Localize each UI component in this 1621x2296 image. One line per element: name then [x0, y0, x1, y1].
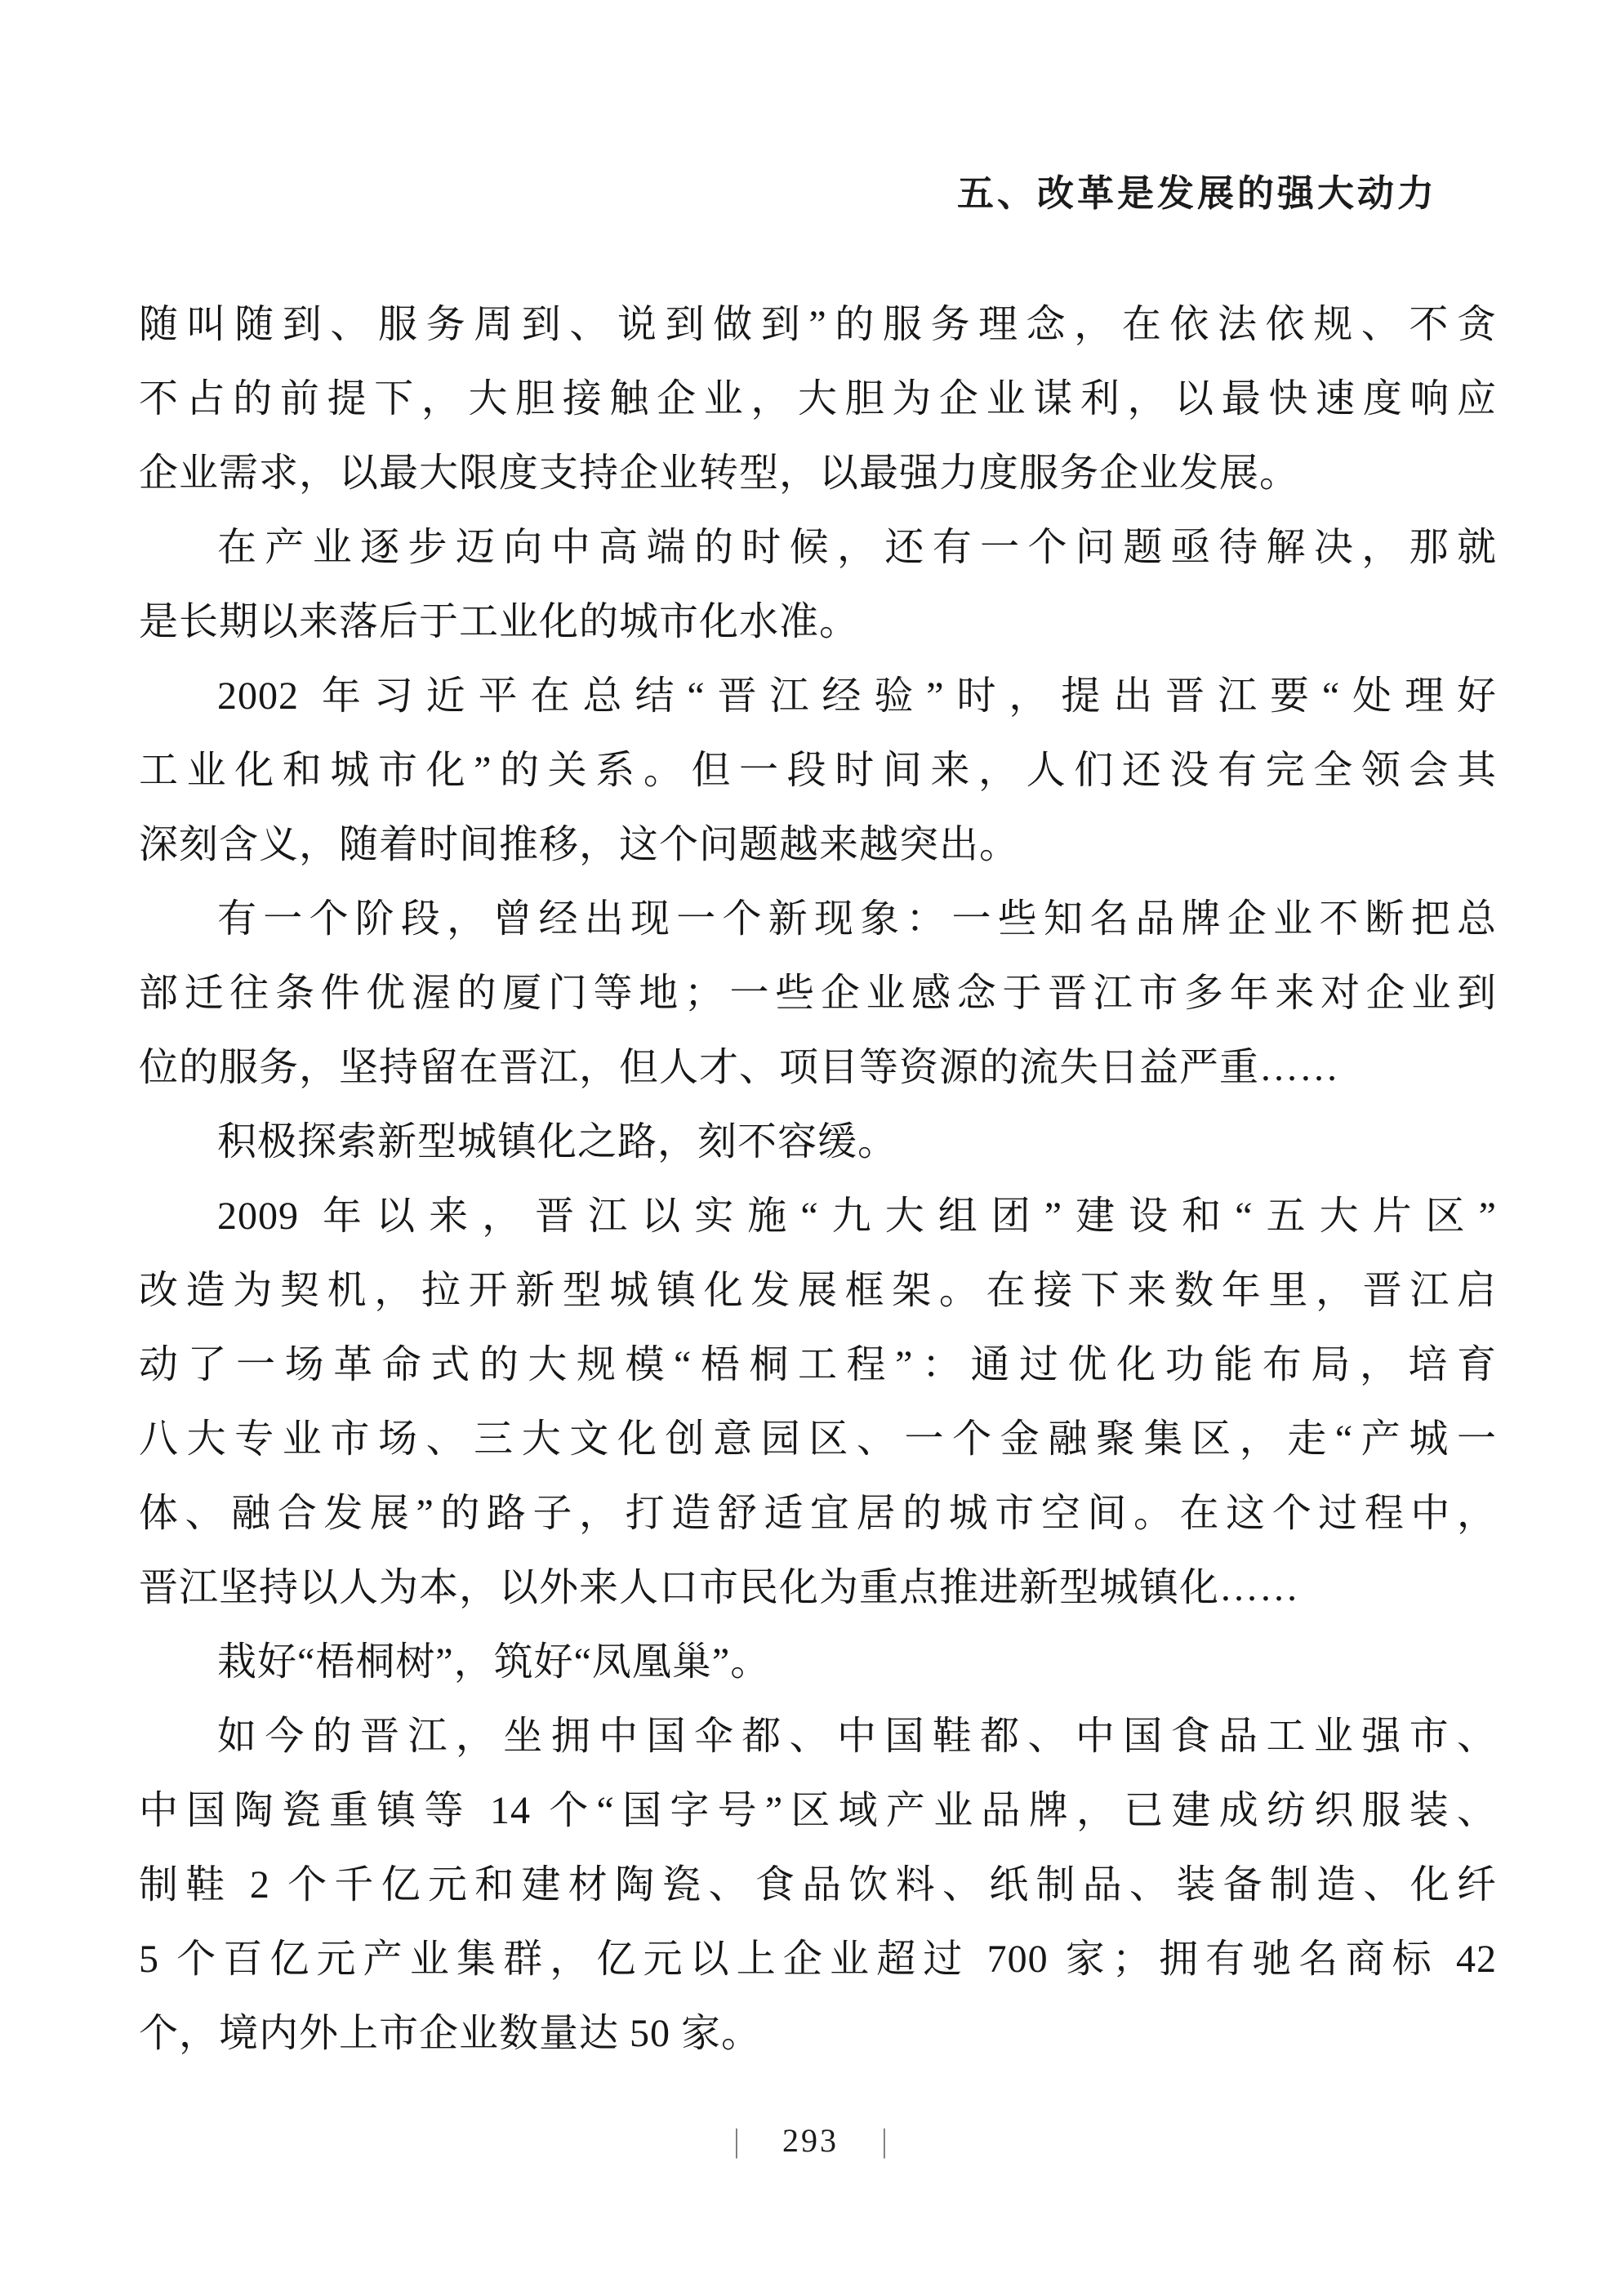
- text-line: 深刻含义，随着时间推移，这个问题越来越突出。: [139, 808, 1497, 882]
- text-line: 有一个阶段，曾经出现一个新现象：一些知名品牌企业不断把总: [139, 882, 1497, 956]
- page-footer: |293|: [0, 2121, 1621, 2160]
- text-line: 工业化和城市化”的关系。但一段时间来，人们还没有完全领会其: [139, 733, 1497, 808]
- paragraph: 栽好“梧桐树”，筑好“凤凰巢”。: [139, 1625, 1497, 1699]
- text-line: 晋江坚持以人为本，以外来人口市民化为重点推进新型城镇化……: [139, 1551, 1497, 1625]
- text-line: 随叫随到、服务周到、说到做到”的服务理念，在依法依规、不贪: [139, 287, 1497, 362]
- text-line: 积极探索新型城镇化之路，刻不容缓。: [139, 1105, 1497, 1179]
- footer-right-bar: |: [883, 2121, 886, 2160]
- text-line: 制鞋 2 个千亿元和建材陶瓷、食品饮料、纸制品、装备制造、化纤: [139, 1848, 1497, 1922]
- text-line: 是长期以来落后于工业化的城市化水准。: [139, 585, 1497, 659]
- text-line: 中国陶瓷重镇等 14 个“国字号”区域产业品牌，已建成纺织服装、: [139, 1773, 1497, 1848]
- text-line: 体、融合发展”的路子，打造舒适宜居的城市空间。在这个过程中，: [139, 1476, 1497, 1551]
- paragraph: 有一个阶段，曾经出现一个新现象：一些知名品牌企业不断把总部迁往条件优渥的厦门等地…: [139, 882, 1497, 1105]
- text-line: 不占的前提下，大胆接触企业，大胆为企业谋利，以最快速度响应: [139, 362, 1497, 436]
- text-line: 2002 年习近平在总结“晋江经验”时，提出晋江要“处理好: [139, 659, 1497, 733]
- text-line: 部迁往条件优渥的厦门等地；一些企业感念于晋江市多年来对企业到: [139, 956, 1497, 1030]
- text-line: 八大专业市场、三大文化创意园区、一个金融聚集区，走“产城一: [139, 1402, 1497, 1476]
- footer-left-bar: |: [735, 2121, 738, 2160]
- paragraph: 如今的晋江，坐拥中国伞都、中国鞋都、中国食品工业强市、中国陶瓷重镇等 14 个“…: [139, 1699, 1497, 2071]
- text-line: 改造为契机，拉开新型城镇化发展框架。在接下来数年里，晋江启: [139, 1253, 1497, 1328]
- paragraph: 2009 年以来，晋江以实施“九大组团”建设和“五大片区”改造为契机，拉开新型城…: [139, 1179, 1497, 1625]
- text-line: 在产业逐步迈向中高端的时候，还有一个问题亟待解决，那就: [139, 510, 1497, 585]
- text-line: 5 个百亿元产业集群，亿元以上企业超过 700 家；拥有驰名商标 42: [139, 1922, 1497, 1996]
- text-line: 2009 年以来，晋江以实施“九大组团”建设和“五大片区”: [139, 1179, 1497, 1253]
- text-line: 企业需求，以最大限度支持企业转型，以最强力度服务企业发展。: [139, 436, 1497, 510]
- text-line: 个，境内外上市企业数量达 50 家。: [139, 1996, 1497, 2071]
- paragraph: 随叫随到、服务周到、说到做到”的服务理念，在依法依规、不贪不占的前提下，大胆接触…: [139, 287, 1497, 510]
- text-line: 动了一场革命式的大规模“梧桐工程”：通过优化功能布局，培育: [139, 1328, 1497, 1402]
- text-line: 如今的晋江，坐拥中国伞都、中国鞋都、中国食品工业强市、: [139, 1699, 1497, 1773]
- page-number: 293: [782, 2121, 839, 2160]
- paragraph: 积极探索新型城镇化之路，刻不容缓。: [139, 1105, 1497, 1179]
- running-head: 五、改革是发展的强大动力: [957, 163, 1437, 216]
- text-line: 栽好“梧桐树”，筑好“凤凰巢”。: [139, 1625, 1497, 1699]
- paragraph: 在产业逐步迈向中高端的时候，还有一个问题亟待解决，那就是长期以来落后于工业化的城…: [139, 510, 1497, 659]
- paragraph: 2002 年习近平在总结“晋江经验”时，提出晋江要“处理好工业化和城市化”的关系…: [139, 659, 1497, 882]
- body-text: 随叫随到、服务周到、说到做到”的服务理念，在依法依规、不贪不占的前提下，大胆接触…: [139, 287, 1497, 2071]
- book-page: 五、改革是发展的强大动力 随叫随到、服务周到、说到做到”的服务理念，在依法依规、…: [0, 0, 1621, 2296]
- text-line: 位的服务，坚持留在晋江，但人才、项目等资源的流失日益严重……: [139, 1030, 1497, 1105]
